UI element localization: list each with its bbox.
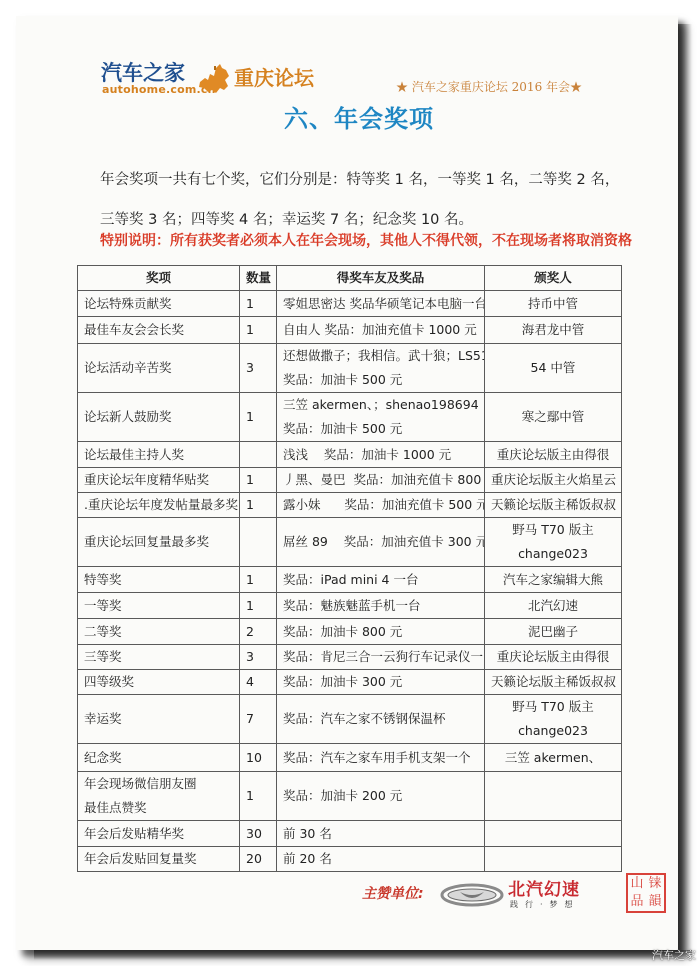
presenter-cell: 重庆论坛版主由得很 [485, 645, 622, 670]
award-cell: 年会现场微信朋友圈 最佳点赞奖 [78, 772, 240, 821]
winner-prize-cell: 露小妹 奖品：加油充值卡 500 元 [277, 493, 485, 518]
table-row: 论坛最佳主持人奖 浅浅 奖品：加油卡 1000 元 重庆论坛版主由得很 [78, 442, 622, 468]
award-cell: 论坛新人鼓励奖 [78, 393, 240, 442]
star-icon: ★ [396, 80, 408, 94]
table-header-row: 奖项 数量 得奖车友及奖品 颁奖人 [78, 266, 622, 291]
sponsor-name: 北汽幻速 [508, 880, 580, 900]
award-cell: 最佳车友会会长奖 [78, 317, 240, 344]
chongqing-forum-logo-text: 重庆论坛 [234, 66, 314, 90]
event-banner-text: 汽车之家重庆论坛 2016 年会 [412, 80, 570, 94]
star-icon: ★ [570, 80, 582, 94]
presenter-cell: 天籁论坛版主稀饭叔叔 [485, 493, 622, 518]
winner-prize-cell: 奖品：魅族魅蓝手机一台 [277, 593, 485, 619]
seal-char: 韻 [646, 893, 664, 911]
quantity-cell: 7 [240, 695, 277, 744]
table-row: 重庆论坛年度精华贴奖 1 丿黑、曼巴 奖品：加油充值卡 800 元 重庆论坛版主… [78, 468, 622, 493]
presenter-cell: 汽车之家编辑大熊 [485, 567, 622, 593]
presenter-cell: 持币中管 [485, 291, 622, 317]
presenter-cell: 泥巴幽子 [485, 619, 622, 645]
presenter-cell: 北汽幻速 [485, 593, 622, 619]
table-row: 纪念奖 10 奖品：汽车之家车用手机支架一个 三笠 akermen、 [78, 744, 622, 772]
award-cell: 三等奖 [78, 645, 240, 670]
presenter-cell: 重庆论坛版主火焰星云 [485, 468, 622, 493]
award-line: 最佳点赞奖 [84, 796, 233, 820]
presenter-cell: 寒之鄢中管 [485, 393, 622, 442]
header-presenter: 颁奖人 [485, 266, 622, 291]
presenter-cell: 野马 T70 版主 change023 [485, 695, 622, 744]
prize-line: 奖品：加油卡 500 元 [283, 417, 478, 441]
winner-prize-cell: 奖品：汽车之家不锈钢保温杯 [277, 695, 485, 744]
winner-prize-cell: 奖品：iPad mini 4 一台 [277, 567, 485, 593]
presenter-line: 野马 T70 版主 [491, 695, 615, 719]
presenter-cell: 天籁论坛版主稀饭叔叔 [485, 670, 622, 695]
autohome-watermark: 汽车之家 [652, 950, 696, 962]
quantity-cell: 1 [240, 291, 277, 317]
award-cell: 年会后发贴回复量奖 [78, 847, 240, 872]
seal-char: 品 [628, 893, 646, 911]
winner-prize-cell: 奖品：加油卡 800 元 [277, 619, 485, 645]
table-row: 论坛活动辛苦奖 3 还想做撒子；我相信。武十狼；LS515 奖品：加油卡 500… [78, 344, 622, 393]
seal-char: 铼 [646, 875, 664, 893]
page-shadow-right [678, 24, 692, 956]
quantity-cell: 1 [240, 567, 277, 593]
presenter-cell: 54 中管 [485, 344, 622, 393]
award-cell: 四等级奖 [78, 670, 240, 695]
table-row: 论坛特殊贡献奖 1 零姐思密达 奖品华硕笔记本电脑一台 持币中管 [78, 291, 622, 317]
red-seal-stamp: 山 铼 品 韻 [626, 873, 666, 913]
winner-prize-cell: 三笠 akermen、；shenao198694 奖品：加油卡 500 元 [277, 393, 485, 442]
presenter-line: 野马 T70 版主 [491, 518, 615, 542]
header-quantity: 数量 [240, 266, 277, 291]
seal-char: 山 [628, 875, 646, 893]
winner-prize-cell: 奖品：加油卡 300 元 [277, 670, 485, 695]
sponsor-label: 主赞单位: [362, 885, 424, 903]
quantity-cell: 1 [240, 593, 277, 619]
award-cell: 重庆论坛回复量最多奖 [78, 518, 240, 567]
table-row: 最佳车友会会长奖 1 自由人 奖品：加油充值卡 1000 元 海君龙中管 [78, 317, 622, 344]
quantity-cell: 30 [240, 821, 277, 847]
presenter-cell [485, 772, 622, 821]
award-cell: 二等奖 [78, 619, 240, 645]
presenter-line: change023 [491, 542, 615, 566]
winner-prize-cell: 前 30 名 [277, 821, 485, 847]
quantity-cell [240, 442, 277, 468]
quantity-cell [240, 518, 277, 567]
winner-prize-cell: 奖品：肯尼三合一云狗行车记录仪一台 [277, 645, 485, 670]
quantity-cell: 1 [240, 468, 277, 493]
award-cell: 纪念奖 [78, 744, 240, 772]
quantity-cell: 10 [240, 744, 277, 772]
quantity-cell: 1 [240, 317, 277, 344]
winner-line: 三笠 akermen、；shenao198694 [283, 393, 478, 417]
award-cell: .重庆论坛年度发帖量最多奖 [78, 493, 240, 518]
table-row: 论坛新人鼓励奖 1 三笠 akermen、；shenao198694 奖品：加油… [78, 393, 622, 442]
sponsor-slogan: 践行·梦想 [510, 900, 580, 910]
chongqing-map-icon [196, 60, 232, 96]
award-cell: 论坛最佳主持人奖 [78, 442, 240, 468]
table-row: 一等奖 1 奖品：魅族魅蓝手机一台 北汽幻速 [78, 593, 622, 619]
header-award: 奖项 [78, 266, 240, 291]
table-row: 特等奖 1 奖品：iPad mini 4 一台 汽车之家编辑大熊 [78, 567, 622, 593]
quantity-cell: 1 [240, 772, 277, 821]
prize-table: 奖项 数量 得奖车友及奖品 颁奖人 论坛特殊贡献奖 1 零姐思密达 奖品华硕笔记… [77, 265, 622, 872]
table-row: .重庆论坛年度发帖量最多奖 1 露小妹 奖品：加油充值卡 500 元 天籁论坛版… [78, 493, 622, 518]
winner-line: 还想做撒子；我相信。武十狼；LS515 [283, 344, 478, 368]
winner-prize-cell: 丿黑、曼巴 奖品：加油充值卡 800 元 [277, 468, 485, 493]
table-row: 年会后发贴回复量奖 20 前 20 名 [78, 847, 622, 872]
presenter-line: change023 [491, 719, 615, 743]
intro-paragraph: 年会奖项一共有七个奖，它们分别是：特等奖 1 名，一等奖 1 名，二等奖 2 名… [100, 160, 620, 240]
quantity-cell: 1 [240, 393, 277, 442]
quantity-cell: 3 [240, 645, 277, 670]
presenter-cell: 重庆论坛版主由得很 [485, 442, 622, 468]
award-cell: 重庆论坛年度精华贴奖 [78, 468, 240, 493]
winner-prize-cell: 奖品：汽车之家车用手机支架一个 [277, 744, 485, 772]
table-row: 二等奖 2 奖品：加油卡 800 元 泥巴幽子 [78, 619, 622, 645]
award-cell: 特等奖 [78, 567, 240, 593]
quantity-cell: 20 [240, 847, 277, 872]
table-row: 四等级奖 4 奖品：加油卡 300 元 天籁论坛版主稀饭叔叔 [78, 670, 622, 695]
winner-prize-cell: 前 20 名 [277, 847, 485, 872]
award-cell: 幸运奖 [78, 695, 240, 744]
table-row: 三等奖 3 奖品：肯尼三合一云狗行车记录仪一台 重庆论坛版主由得很 [78, 645, 622, 670]
baic-huansu-logo-icon [440, 882, 504, 908]
table-row: 幸运奖 7 奖品：汽车之家不锈钢保温杯 野马 T70 版主 change023 [78, 695, 622, 744]
header-winner-prize: 得奖车友及奖品 [277, 266, 485, 291]
table-row: 重庆论坛回复量最多奖 屌丝 89 奖品：加油充值卡 300 元 野马 T70 版… [78, 518, 622, 567]
table-row: 年会后发贴精华奖 30 前 30 名 [78, 821, 622, 847]
special-notice: 特别说明：所有获奖者必须本人在年会现场，其他人不得代领，不在现场者将取消资格 [100, 232, 632, 250]
winner-prize-cell: 奖品：加油卡 200 元 [277, 772, 485, 821]
presenter-cell: 三笠 akermen、 [485, 744, 622, 772]
presenter-cell [485, 847, 622, 872]
table-row: 年会现场微信朋友圈 最佳点赞奖 1 奖品：加油卡 200 元 [78, 772, 622, 821]
award-line: 年会现场微信朋友圈 [84, 772, 233, 796]
autohome-logo-text: 汽车之家 [101, 62, 185, 84]
page-shadow-bottom [34, 950, 692, 960]
presenter-cell: 野马 T70 版主 change023 [485, 518, 622, 567]
prize-line: 奖品：加油卡 500 元 [283, 368, 478, 392]
award-cell: 一等奖 [78, 593, 240, 619]
quantity-cell: 2 [240, 619, 277, 645]
winner-prize-cell: 自由人 奖品：加油充值卡 1000 元 [277, 317, 485, 344]
quantity-cell: 4 [240, 670, 277, 695]
winner-prize-cell: 还想做撒子；我相信。武十狼；LS515 奖品：加油卡 500 元 [277, 344, 485, 393]
presenter-cell: 海君龙中管 [485, 317, 622, 344]
winner-prize-cell: 零姐思密达 奖品华硕笔记本电脑一台 [277, 291, 485, 317]
presenter-cell [485, 821, 622, 847]
winner-prize-cell: 屌丝 89 奖品：加油充值卡 300 元 [277, 518, 485, 567]
event-banner: ★ 汽车之家重庆论坛 2016 年会★ [396, 80, 582, 94]
page-title: 六、年会奖项 [284, 104, 434, 134]
winner-prize-cell: 浅浅 奖品：加油卡 1000 元 [277, 442, 485, 468]
quantity-cell: 3 [240, 344, 277, 393]
quantity-cell: 1 [240, 493, 277, 518]
award-cell: 论坛活动辛苦奖 [78, 344, 240, 393]
award-cell: 论坛特殊贡献奖 [78, 291, 240, 317]
award-cell: 年会后发贴精华奖 [78, 821, 240, 847]
